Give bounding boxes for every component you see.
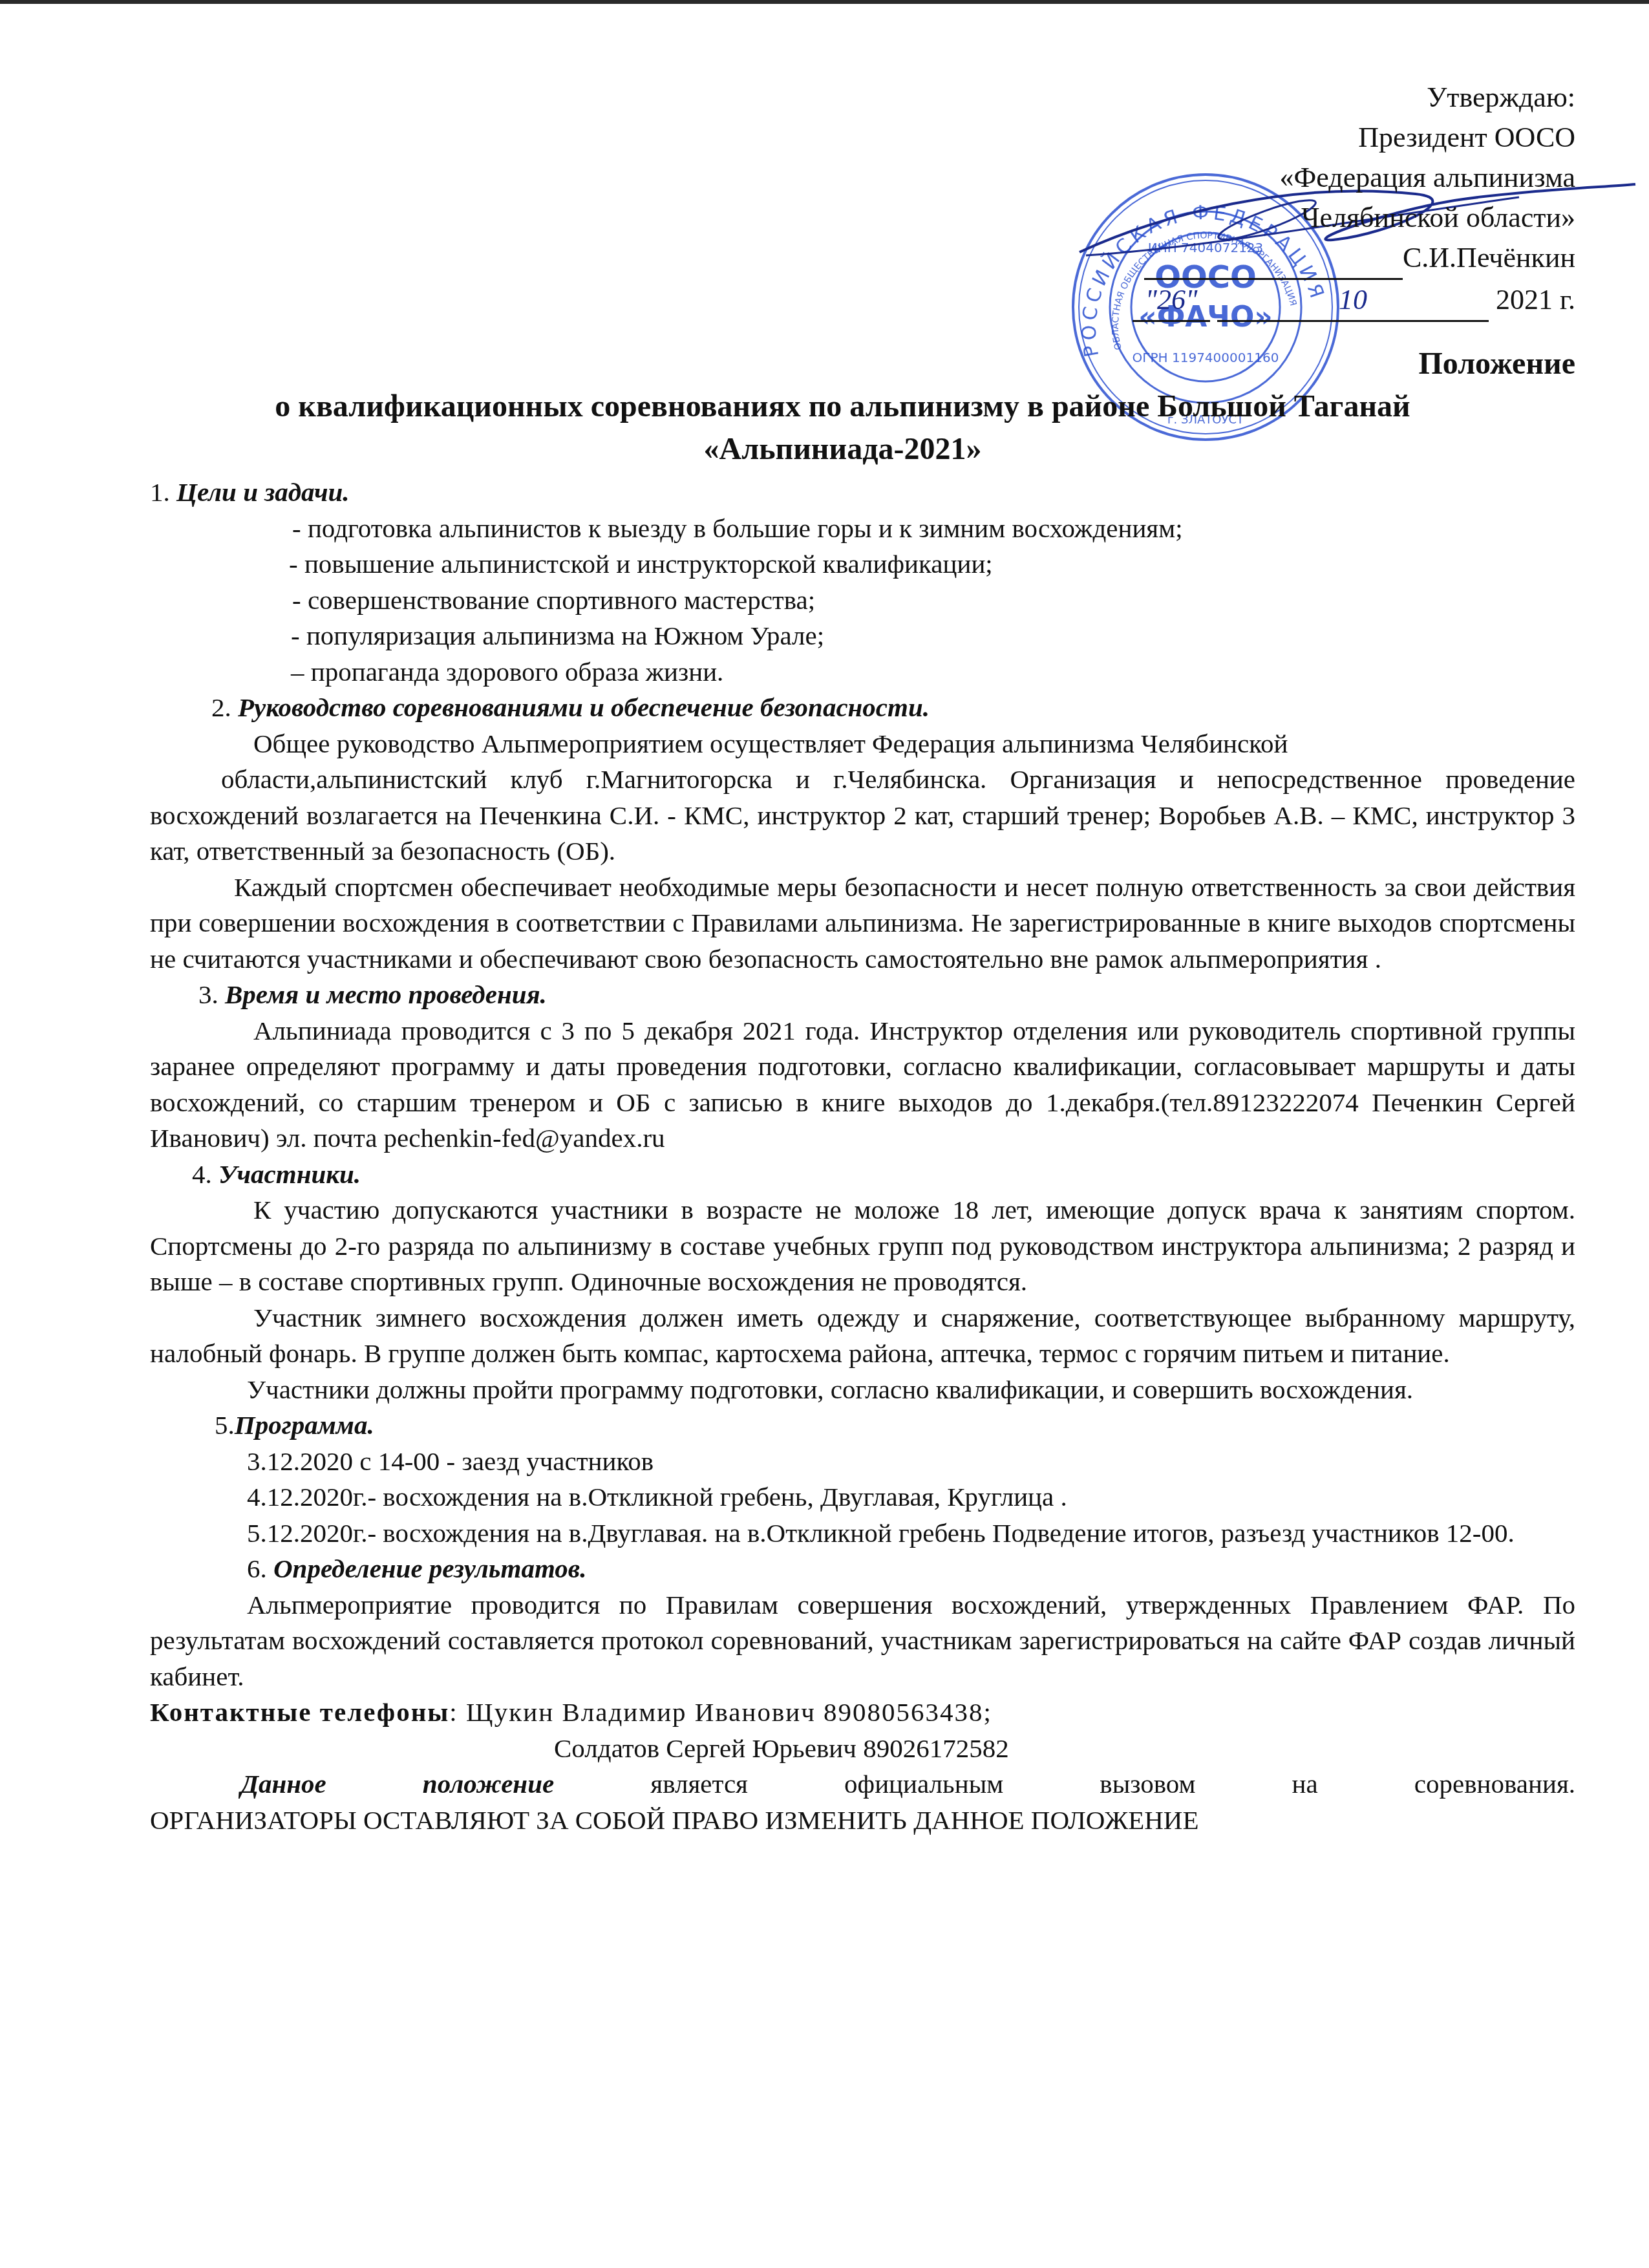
organization-name-2: Челябинской области»	[1133, 198, 1575, 238]
section-2-paragraph-1-first-line: Общее руководство Альпмероприятием осуще…	[150, 726, 1575, 762]
organizers-notice: ОРГАНИЗАТОРЫ ОСТАВЛЯЮТ ЗА СОБОЙ ПРАВО ИЗ…	[150, 1803, 1575, 1839]
document-subtitle-2: «Альпиниада-2021»	[0, 428, 1575, 471]
organization-name-1: «Федерация альпинизма	[1133, 158, 1575, 198]
document-type: Положение	[0, 343, 1575, 385]
date-year: 2021 г.	[1496, 284, 1575, 316]
goal-item: - повышение альпинистской и инструкторск…	[150, 546, 1575, 583]
goal-item: - популяризация альпинизма на Южном Урал…	[150, 618, 1575, 654]
program-item: 4.12.2020г.- восхождения на в.Откликной …	[150, 1479, 1575, 1515]
approval-heading: Утверждаю:	[1133, 78, 1575, 118]
title-block: Положение о квалификационных соревновани…	[0, 343, 1575, 471]
goal-item: – пропаганда здорового образа жизни.	[150, 654, 1575, 690]
section-6-paragraph: Альпмероприятие проводится по Правилам с…	[150, 1587, 1575, 1695]
closing-rest: является официальным вызовом на соревнов…	[650, 1769, 1575, 1799]
section-2-paragraph-1: области,альпинистский клуб г.Магнитогорс…	[150, 762, 1575, 870]
document-body: 1. Цели и задачи. - подготовка альпинист…	[150, 475, 1575, 1838]
section-4-heading: 4. Участники.	[150, 1157, 1575, 1193]
goal-item: - совершенствование спортивного мастерст…	[150, 583, 1575, 619]
approval-date: "26" 10 2021 г.	[1133, 280, 1575, 322]
program-item: 3.12.2020 с 14-00 - заезд участников	[150, 1444, 1575, 1480]
closing-statement: Данное положение является официальным вы…	[150, 1766, 1575, 1803]
section-3-paragraph: Альпиниада проводится с 3 по 5 декабря 2…	[150, 1013, 1575, 1157]
section-6-heading: 6. Определение результатов.	[150, 1551, 1575, 1587]
goal-item: - подготовка альпинистов к выезду в боль…	[150, 511, 1575, 547]
section-2-heading: 2. Руководство соревнованиями и обеспече…	[150, 690, 1575, 726]
approver-title: Президент ООСО	[1133, 118, 1575, 158]
signer-name: С.И.Печёнкин	[1403, 242, 1575, 273]
scan-edge	[0, 0, 1649, 4]
approval-block: Утверждаю: Президент ООСО «Федерация аль…	[1133, 78, 1575, 322]
closing-emphasis: Данное положение	[240, 1769, 554, 1799]
date-day: "26"	[1133, 280, 1210, 322]
section-4-paragraph-1: К участию допускаются участники в возрас…	[150, 1192, 1575, 1300]
document-subtitle-1: о квалификационных соревнованиях по альп…	[0, 385, 1575, 428]
section-5-heading: 5.Программа.	[150, 1407, 1575, 1444]
signer-line: С.И.Печёнкин	[1133, 238, 1575, 280]
contact-2: Солдатов Сергей Юрьевич 89026172582	[150, 1731, 1575, 1767]
section-3-heading: 3. Время и место проведения.	[150, 977, 1575, 1013]
contact-1: Щукин Владимир Иванович 89080563438;	[466, 1697, 992, 1727]
section-4-paragraph-2: Участник зимнего восхождения должен имет…	[150, 1300, 1575, 1372]
document-page: РОССИЙСКАЯ ФЕДЕРАЦИЯ ОБЛАСТНАЯ ОБЩЕСТВЕН…	[0, 0, 1649, 2268]
section-4-paragraph-3: Участники должны пройти программу подгот…	[150, 1372, 1575, 1408]
date-month: 10	[1217, 280, 1489, 322]
program-item: 5.12.2020г.- восхождения на в.Двуглавая.…	[150, 1515, 1575, 1552]
section-1-heading: 1. Цели и задачи.	[150, 475, 1575, 511]
contacts-line-1: Контактные телефоны: Щукин Владимир Иван…	[150, 1695, 1575, 1731]
section-2-paragraph-2: Каждый спортсмен обеспечивает необходимы…	[150, 870, 1575, 978]
contacts-label: Контактные телефоны	[150, 1697, 449, 1727]
